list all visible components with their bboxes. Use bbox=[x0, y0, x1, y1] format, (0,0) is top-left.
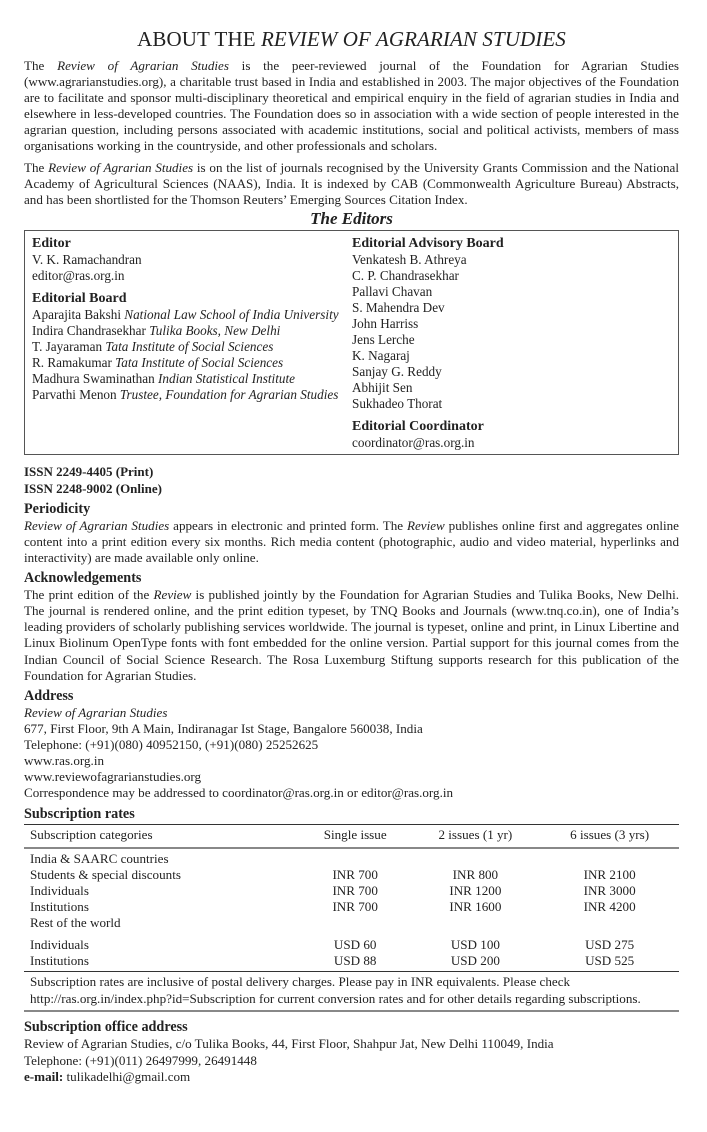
coordinator-heading: Editorial Coordinator bbox=[352, 418, 671, 435]
rate-cell: USD 100 bbox=[410, 931, 540, 953]
editorial-board-heading: Editorial Board bbox=[32, 290, 352, 307]
table-group-row: Rest of the world bbox=[24, 915, 679, 931]
title-journal-name: REVIEW OF AGRARIAN STUDIES bbox=[261, 27, 566, 51]
intro-p2-journal: Review of Agrarian Studies bbox=[48, 160, 193, 175]
member-name: Aparajita Bakshi bbox=[32, 307, 124, 322]
table-row: InstitutionsUSD 88USD 200USD 525 bbox=[24, 953, 679, 969]
member-name: R. Ramakumar bbox=[32, 355, 115, 370]
row-category: Institutions bbox=[24, 899, 300, 915]
table-row: IndividualsINR 700INR 1200INR 3000 bbox=[24, 883, 679, 899]
subscription-office-telephone: Telephone: (+91)(011) 26497999, 26491448 bbox=[24, 1053, 679, 1069]
member-affiliation: Tulika Books, New Delhi bbox=[149, 323, 280, 338]
acknowledgements-heading: Acknowledgements bbox=[24, 570, 679, 587]
rate-cell: USD 200 bbox=[410, 953, 540, 969]
address-street: 677, First Floor, 9th A Main, Indiranaga… bbox=[24, 721, 679, 737]
email-link[interactable]: tulikadelhi@gmail.com bbox=[63, 1069, 190, 1084]
table-row: InstitutionsINR 700INR 1600INR 4200 bbox=[24, 899, 679, 915]
advisory-board-member: Sanjay G. Reddy bbox=[352, 364, 671, 380]
rate-cell: INR 700 bbox=[300, 883, 411, 899]
intro-paragraph-1: The Review of Agrarian Studies is the pe… bbox=[24, 58, 679, 155]
table-row: Students & special discountsINR 700INR 8… bbox=[24, 867, 679, 883]
periodicity-text-1: appears in electronic and printed form. … bbox=[169, 518, 407, 533]
column-header: Single issue bbox=[300, 825, 411, 849]
ack-text-1: The print edition of the bbox=[24, 587, 154, 602]
row-category: Individuals bbox=[24, 883, 300, 899]
rate-cell: USD 88 bbox=[300, 953, 411, 969]
subscription-office-address: Review of Agrarian Studies, c/o Tulika B… bbox=[24, 1036, 679, 1052]
member-affiliation: National Law School of India University bbox=[124, 307, 338, 322]
rate-cell: USD 60 bbox=[300, 931, 411, 953]
subscription-note: Subscription rates are inclusive of post… bbox=[24, 971, 679, 1012]
group-label: Rest of the world bbox=[24, 915, 679, 931]
periodicity-journal: Review of Agrarian Studies bbox=[24, 518, 169, 533]
rate-cell: INR 800 bbox=[410, 867, 540, 883]
subscription-table-header: Subscription categoriesSingle issue2 iss… bbox=[24, 825, 679, 849]
rate-cell: INR 700 bbox=[300, 867, 411, 883]
editors-heading: The Editors bbox=[24, 209, 679, 229]
acknowledgements-text: The print edition of the Review is publi… bbox=[24, 587, 679, 684]
periodicity-heading: Periodicity bbox=[24, 501, 679, 518]
editors-left-column: Editor V. K. Ramachandran editor@ras.org… bbox=[32, 235, 352, 451]
address-heading: Address bbox=[24, 688, 679, 705]
group-label: India & SAARC countries bbox=[24, 848, 679, 867]
address-journal: Review of Agrarian Studies bbox=[24, 705, 679, 721]
advisory-board-member: John Harriss bbox=[352, 316, 671, 332]
column-header: 6 issues (3 yrs) bbox=[540, 825, 679, 849]
column-header: 2 issues (1 yr) bbox=[410, 825, 540, 849]
rate-cell: INR 1600 bbox=[410, 899, 540, 915]
editorial-board-member: Parvathi Menon Trustee, Foundation for A… bbox=[32, 387, 352, 403]
website-link-ras[interactable]: www.ras.org.in bbox=[24, 753, 679, 769]
member-name: T. Jayaraman bbox=[32, 339, 105, 354]
issn-online: ISSN 2248-9002 (Online) bbox=[24, 480, 679, 497]
subscription-rates-heading: Subscription rates bbox=[24, 806, 679, 823]
about-page: ABOUT THE REVIEW OF AGRARIAN STUDIES The… bbox=[24, 26, 679, 1085]
column-header: Subscription categories bbox=[24, 825, 300, 849]
periodicity-text: Review of Agrarian Studies appears in el… bbox=[24, 518, 679, 566]
editor-name: V. K. Ramachandran bbox=[32, 252, 352, 268]
advisory-board-member: S. Mahendra Dev bbox=[352, 300, 671, 316]
intro-paragraph-2: The Review of Agrarian Studies is on the… bbox=[24, 160, 679, 208]
rate-cell: INR 3000 bbox=[540, 883, 679, 899]
subscription-office-email: e-mail: tulikadelhi@gmail.com bbox=[24, 1069, 679, 1085]
editorial-board-list: Aparajita Bakshi National Law School of … bbox=[32, 307, 352, 403]
editor-email-link[interactable]: editor@ras.org.in bbox=[32, 268, 352, 284]
rate-cell: INR 2100 bbox=[540, 867, 679, 883]
issn-block: ISSN 2249-4405 (Print) ISSN 2248-9002 (O… bbox=[24, 463, 679, 497]
editorial-board-member: Indira Chandrasekhar Tulika Books, New D… bbox=[32, 323, 352, 339]
member-affiliation: Tata Institute of Social Sciences bbox=[105, 339, 273, 354]
row-category: Institutions bbox=[24, 953, 300, 969]
advisory-board-heading: Editorial Advisory Board bbox=[352, 235, 671, 252]
subscription-table-body: India & SAARC countriesStudents & specia… bbox=[24, 848, 679, 969]
rate-cell: USD 275 bbox=[540, 931, 679, 953]
title-prefix: ABOUT THE bbox=[137, 27, 261, 51]
email-label: e-mail: bbox=[24, 1069, 63, 1084]
advisory-board-member: Pallavi Chavan bbox=[352, 284, 671, 300]
intro-p1-lead: The bbox=[24, 58, 57, 73]
subscription-office-heading: Subscription office address bbox=[24, 1019, 679, 1036]
member-name: Parvathi Menon bbox=[32, 387, 120, 402]
address-telephone: Telephone: (+91)(080) 40952150, (+91)(08… bbox=[24, 737, 679, 753]
address-journal-name: Review of Agrarian Studies bbox=[24, 705, 167, 720]
advisory-board-member: Jens Lerche bbox=[352, 332, 671, 348]
editorial-board-member: Aparajita Bakshi National Law School of … bbox=[32, 307, 352, 323]
page-title: ABOUT THE REVIEW OF AGRARIAN STUDIES bbox=[24, 26, 679, 52]
website-link-review[interactable]: www.reviewofagrarianstudies.org bbox=[24, 769, 679, 785]
advisory-board-member: K. Nagaraj bbox=[352, 348, 671, 364]
editor-heading: Editor bbox=[32, 235, 352, 252]
periodicity-review: Review bbox=[407, 518, 445, 533]
table-group-row: India & SAARC countries bbox=[24, 848, 679, 867]
advisory-board-member: C. P. Chandrasekhar bbox=[352, 268, 671, 284]
intro-p2-lead: The bbox=[24, 160, 48, 175]
member-name: Madhura Swaminathan bbox=[32, 371, 158, 386]
member-affiliation: Indian Statistical Institute bbox=[158, 371, 295, 386]
member-affiliation: Tata Institute of Social Sciences bbox=[115, 355, 283, 370]
advisory-board-member: Sukhadeo Thorat bbox=[352, 396, 671, 412]
rate-cell: INR 700 bbox=[300, 899, 411, 915]
ack-review: Review bbox=[154, 587, 192, 602]
row-category: Individuals bbox=[24, 931, 300, 953]
rate-cell: INR 4200 bbox=[540, 899, 679, 915]
editorial-board-member: Madhura Swaminathan Indian Statistical I… bbox=[32, 371, 352, 387]
rate-cell: USD 525 bbox=[540, 953, 679, 969]
member-affiliation: Trustee, Foundation for Agrarian Studies bbox=[120, 387, 338, 402]
advisory-board-member: Venkatesh B. Athreya bbox=[352, 252, 671, 268]
table-row: IndividualsUSD 60USD 100USD 275 bbox=[24, 931, 679, 953]
subscription-table: Subscription categoriesSingle issue2 iss… bbox=[24, 824, 679, 969]
editorial-board-member: T. Jayaraman Tata Institute of Social Sc… bbox=[32, 339, 352, 355]
editors-right-column: Editorial Advisory Board Venkatesh B. At… bbox=[352, 235, 671, 451]
editorial-board-member: R. Ramakumar Tata Institute of Social Sc… bbox=[32, 355, 352, 371]
correspondence-line: Correspondence may be addressed to coord… bbox=[24, 785, 679, 801]
row-category: Students & special discounts bbox=[24, 867, 300, 883]
member-name: Indira Chandrasekhar bbox=[32, 323, 149, 338]
editors-box: Editor V. K. Ramachandran editor@ras.org… bbox=[24, 230, 679, 455]
intro-p1-journal: Review of Agrarian Studies bbox=[57, 58, 229, 73]
advisory-board-member: Abhijit Sen bbox=[352, 380, 671, 396]
advisory-board-list: Venkatesh B. AthreyaC. P. ChandrasekharP… bbox=[352, 252, 671, 412]
coordinator-email-link[interactable]: coordinator@ras.org.in bbox=[352, 435, 671, 451]
issn-print: ISSN 2249-4405 (Print) bbox=[24, 463, 679, 480]
rate-cell: INR 1200 bbox=[410, 883, 540, 899]
